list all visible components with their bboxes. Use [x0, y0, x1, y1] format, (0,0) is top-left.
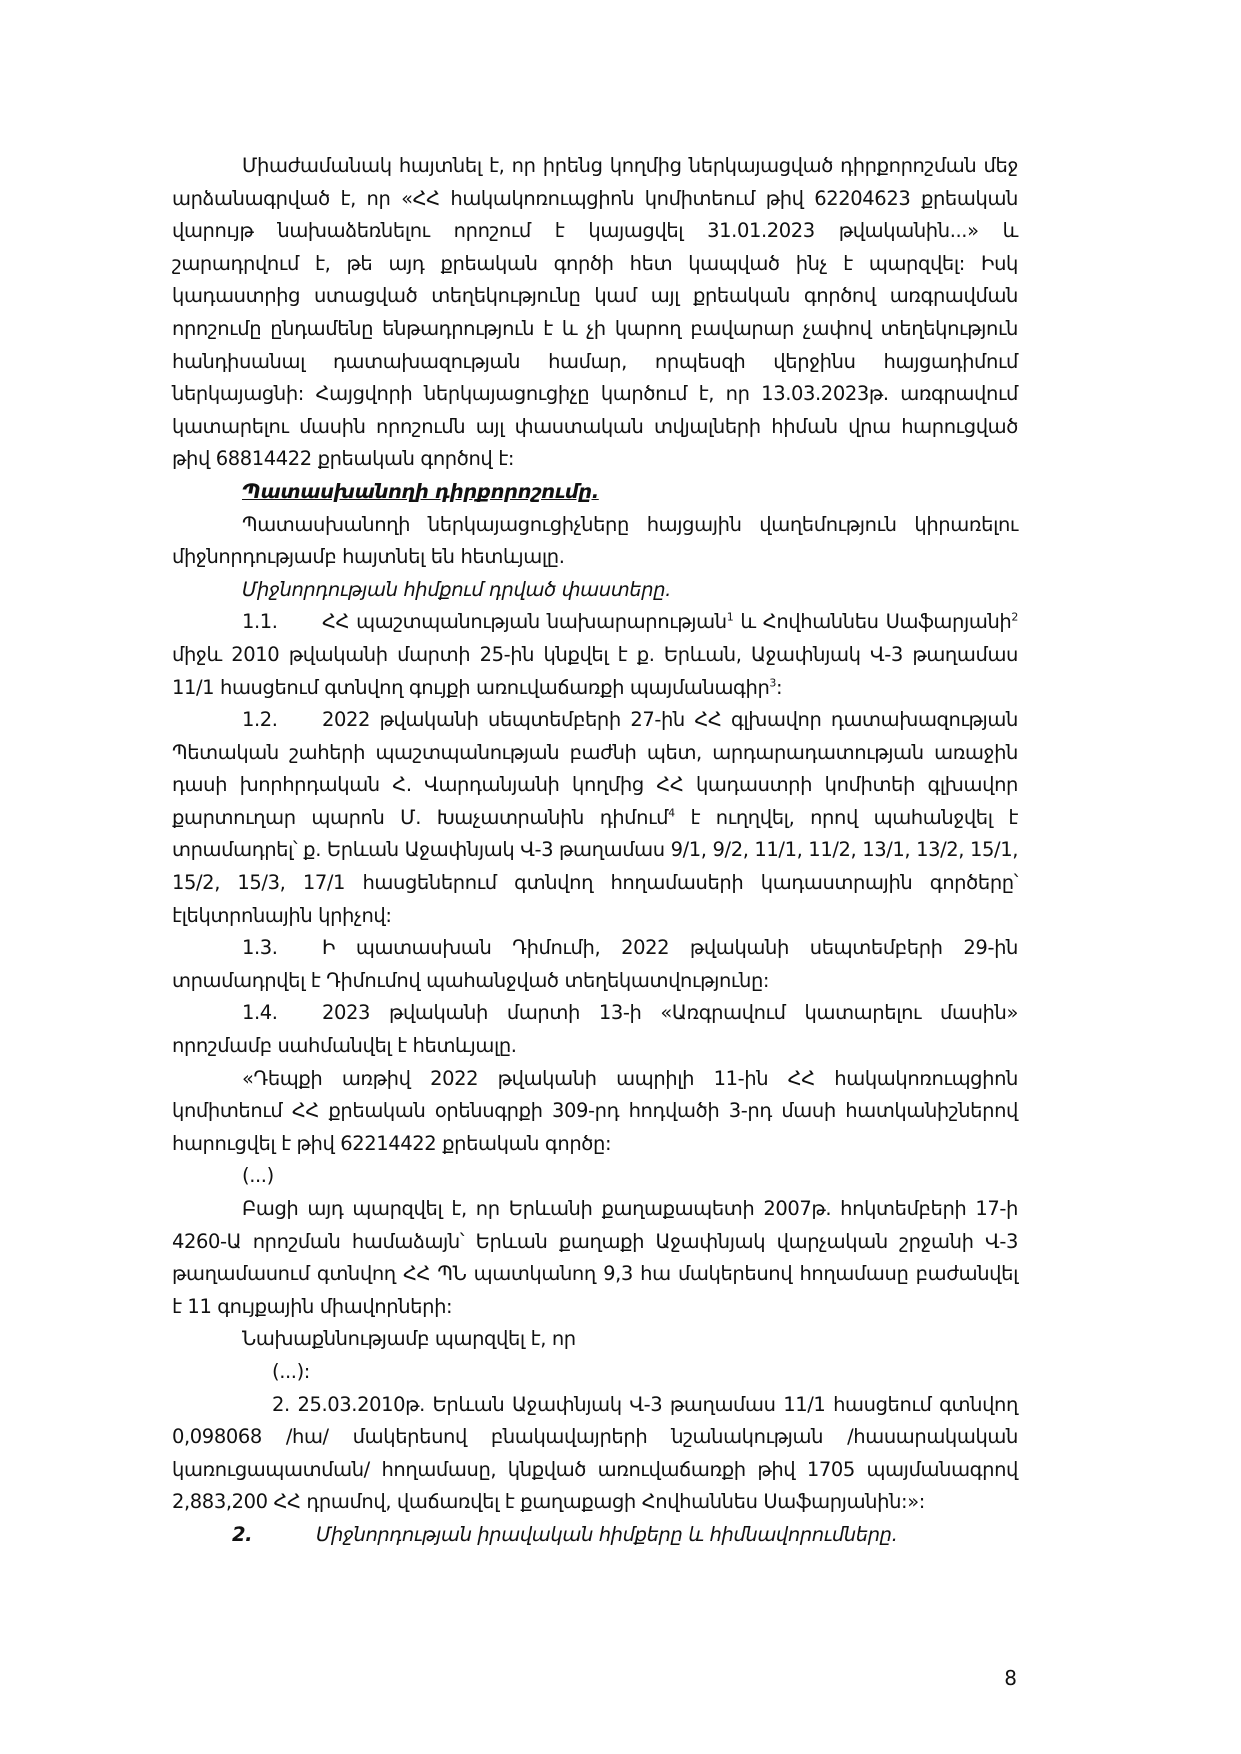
section-number: 2.	[232, 1519, 316, 1552]
item-number: 1.2.	[242, 704, 322, 737]
item-number: 1.3.	[242, 932, 322, 965]
quote-paragraph-criminal-case: «Դեպքի առթիվ 2022 թվականի ապրիլի 11-ին Հ…	[172, 1063, 1018, 1161]
item-text: ՀՀ պաշտպանության նախարարության	[322, 610, 727, 633]
respondent-position-heading: Պատասխանողի դիրքորոշումը.	[172, 476, 1018, 509]
list-item-1-3: 1.3.Ի պատասխան Դիմումի, 2022 թվականի սեպ…	[172, 932, 1018, 997]
paragraph-claimant-position: Միաժամանակ հայտնել է, որ իրենց կողմից նե…	[172, 150, 1018, 476]
list-item-1-4: 1.4.2023 թվականի մարտի 13-ի «Առգրավում կ…	[172, 997, 1018, 1062]
item-number: 1.1.	[242, 606, 322, 639]
list-item-1-1: 1.1.ՀՀ պաշտպանության նախարարության1 և Հո…	[172, 606, 1018, 704]
paragraph-respondent-motion: Պատասխանողի ներկայացուցիչները հայցային վ…	[172, 509, 1018, 574]
quote-paragraph-investigation: Նախաքննությամբ պարզվել է, որ	[172, 1323, 1018, 1356]
item-text: :	[776, 676, 782, 699]
item-text: միջև 2010 թվականի մարտի 25-ին կնքվել է ք…	[172, 643, 1018, 699]
ellipsis: (...):	[172, 1356, 1018, 1389]
item-text: և Հովհաննես Սաֆարյանի	[733, 610, 1011, 633]
item-number: 1.4.	[242, 997, 322, 1030]
page-number: 8	[1004, 1666, 1017, 1690]
footnote-ref-4[interactable]: 4	[668, 806, 675, 819]
section-title: Միջնորդության իրավական հիմքերը և հիմնավո…	[316, 1523, 897, 1546]
list-item-1-2: 1.2.2022 թվականի սեպտեմբերի 27-ին ՀՀ գլխ…	[172, 704, 1018, 932]
quote-paragraph-land-division: Բացի այդ պարզվել է, որ Երևանի քաղաքապետի…	[172, 1193, 1018, 1323]
quote-paragraph-sale: 2. 25.03.2010թ. Երևան Աջափնյակ Վ-3 թաղամ…	[172, 1389, 1018, 1519]
ellipsis: (...)	[172, 1160, 1018, 1193]
document-page: Միաժամանակ հայտնել է, որ իրենց կողմից նե…	[172, 150, 1018, 1552]
facts-heading: Միջնորդության հիմքում դրված փաստերը.	[172, 574, 1018, 607]
footnote-ref-2[interactable]: 2	[1011, 611, 1018, 624]
section-2-heading: 2.Միջնորդության իրավական հիմքերը և հիմնա…	[172, 1519, 1018, 1552]
